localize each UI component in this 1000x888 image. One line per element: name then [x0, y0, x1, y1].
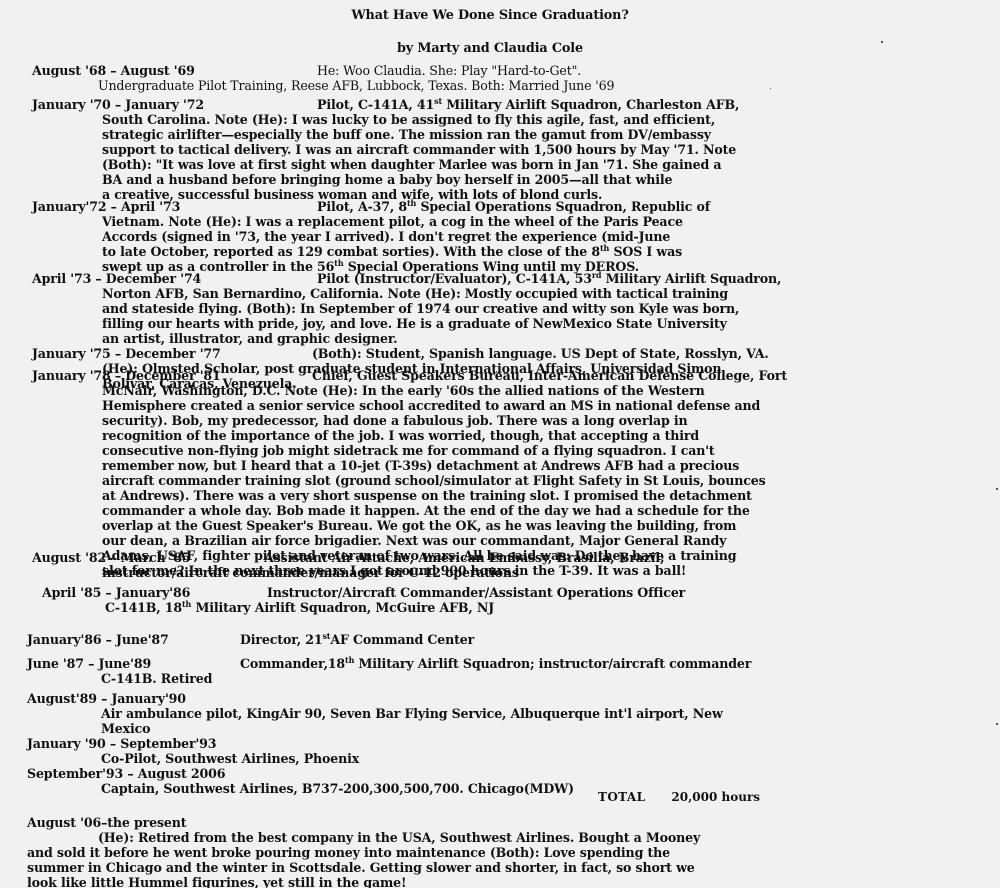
entry-date: August '82 – March '85 [32, 550, 264, 565]
entry-date: January'86 – June'87 [27, 632, 240, 647]
timeline-entry: August '82 – March '85Assistant Air Atta… [32, 550, 982, 580]
timeline-entry: August'89 – January'90 Air ambulance pil… [27, 691, 977, 736]
scan-speck [996, 723, 998, 725]
entry-text: aircraft commander training slot (ground… [32, 473, 982, 488]
entry-text: Pilot, C-141A, 41st Military Airlift Squ… [317, 97, 739, 112]
entry-text: strategic airlifter—especially the buff … [32, 127, 982, 142]
entry-text: C-141B, 18th Military Airlift Squadron, … [42, 600, 992, 615]
total-hours: TOTAL20,000 hours [598, 790, 760, 805]
entry-text: our dean, a Brazilian air force brigadie… [32, 533, 982, 548]
timeline-entry: August '68 – August '69He: Woo Claudia. … [32, 63, 982, 93]
entry-text: and stateside flying. (Both): In Septemb… [32, 301, 982, 316]
entry-text: (Both): "It was love at first sight when… [32, 157, 982, 172]
entry-text: look like little Hummel figurines, yet s… [27, 875, 977, 888]
entry-text: McNair, Washington, D.C. Note (He): In t… [32, 383, 982, 398]
entry-text: commander a whole day. Bob made it happe… [32, 503, 982, 518]
entry-text: Instructor/Aircraft Commander/Assistant … [267, 585, 685, 600]
timeline-entry: April '85 – January'86Instructor/Aircraf… [42, 585, 992, 615]
entry-date: September'93 – August 2006 [27, 766, 977, 781]
scan-speck [996, 488, 998, 490]
entry-date: January '70 – January '72 [32, 97, 317, 112]
entry-text: and sold it before he went broke pouring… [27, 845, 977, 860]
entry-date: January '90 – September'93 [27, 736, 977, 751]
entry-text: filling our hearts with pride, joy, and … [32, 316, 982, 331]
entry-text: Captain, Southwest Airlines, B737-200,30… [27, 781, 977, 796]
entry-text: Assistant Air Attache, American Embassy,… [264, 550, 664, 565]
timeline-entry: January '78 – December '81Chief, Guest S… [32, 368, 982, 578]
entry-text: South Carolina. Note (He): I was lucky t… [32, 112, 982, 127]
entry-date: January '75 – December '77 [32, 346, 312, 361]
entry-text: security). Bob, my predecessor, had done… [32, 413, 982, 428]
timeline-entry: January'86 – June'87Director, 21stAF Com… [27, 632, 977, 647]
entry-text: Commander,18th Military Airlift Squadron… [240, 656, 751, 671]
timeline-entry: June '87 – June'89Commander,18th Militar… [27, 656, 977, 686]
total-label: TOTAL [598, 790, 645, 804]
entry-text: consecutive non-flying job might sidetra… [32, 443, 982, 458]
entry-text: Pilot (Instructor/Evaluator), C-141A, 53… [317, 271, 781, 286]
entry-text: Co-Pilot, Southwest Airlines, Phoenix [27, 751, 977, 766]
document-title: What Have We Done Since Graduation? [0, 8, 990, 23]
entry-date: August '06–the present [27, 815, 977, 830]
entry-date: April '73 – December '74 [32, 271, 317, 286]
entry-text: Accords (signed in '73, the year I arriv… [32, 229, 982, 244]
entry-text: Mexico [27, 721, 977, 736]
entry-text: Undergraduate Pilot Training, Reese AFB,… [32, 78, 982, 93]
entry-text: Director, 21stAF Command Center [240, 632, 474, 647]
entry-text: Norton AFB, San Bernardino, California. … [32, 286, 982, 301]
entry-text: Pilot, A-37, 8th Special Operations Squa… [317, 199, 710, 214]
entry-text: C-141B. Retired [27, 671, 977, 686]
entry-text: at Andrews). There was a very short susp… [32, 488, 982, 503]
entry-date: June '87 – June'89 [27, 656, 240, 671]
entry-date: January'72 – April '73 [32, 199, 317, 214]
entry-text: to late October, reported as 129 combat … [32, 244, 982, 259]
entry-text: summer in Chicago and the winter in Scot… [27, 860, 977, 875]
entry-text: BA and a husband before bringing home a … [32, 172, 982, 187]
entry-text: He: Woo Claudia. She: Play "Hard-to-Get"… [317, 63, 581, 78]
entry-date: April '85 – January'86 [42, 585, 267, 600]
entry-text: (Both): Student, Spanish language. US De… [312, 346, 769, 361]
entry-text: Vietnam. Note (He): I was a replacement … [32, 214, 982, 229]
entry-text: an artist, illustrator, and graphic desi… [32, 331, 982, 346]
entry-text: support to tactical delivery. I was an a… [32, 142, 982, 157]
document-byline: by Marty and Claudia Cole [0, 41, 990, 56]
entry-text: recognition of the importance of the job… [32, 428, 982, 443]
entry-date: January '78 – December '81 [32, 368, 312, 383]
entry-text: Hemisphere created a senior service scho… [32, 398, 982, 413]
scan-speck [770, 88, 771, 89]
entry-text: Chief, Guest Speakers Bureau, Inter-Amer… [312, 368, 787, 383]
document-page: What Have We Done Since Graduation? by M… [0, 0, 1000, 888]
scan-speck [881, 41, 883, 43]
entry-text: Air ambulance pilot, KingAir 90, Seven B… [27, 706, 977, 721]
entry-text: instructor/aircraft commander/manager fo… [32, 565, 982, 580]
total-value: 20,000 hours [671, 790, 760, 804]
timeline-entry: January '90 – September'93 Co-Pilot, Sou… [27, 736, 977, 766]
timeline-entry: January'72 – April '73Pilot, A-37, 8th S… [32, 199, 982, 274]
entry-date: August'89 – January'90 [27, 691, 977, 706]
timeline-entry: September'93 – August 2006 Captain, Sout… [27, 766, 977, 796]
timeline-entry: August '06–the present (He): Retired fro… [27, 815, 977, 888]
timeline-entry: January '70 – January '72Pilot, C-141A, … [32, 97, 982, 202]
entry-text: overlap at the Guest Speaker's Bureau. W… [32, 518, 982, 533]
entry-text: remember now, but I heard that a 10-jet … [32, 458, 982, 473]
entry-date: August '68 – August '69 [32, 63, 317, 78]
entry-text: (He): Retired from the best company in t… [27, 830, 977, 845]
timeline-entry: April '73 – December '74Pilot (Instructo… [32, 271, 982, 346]
